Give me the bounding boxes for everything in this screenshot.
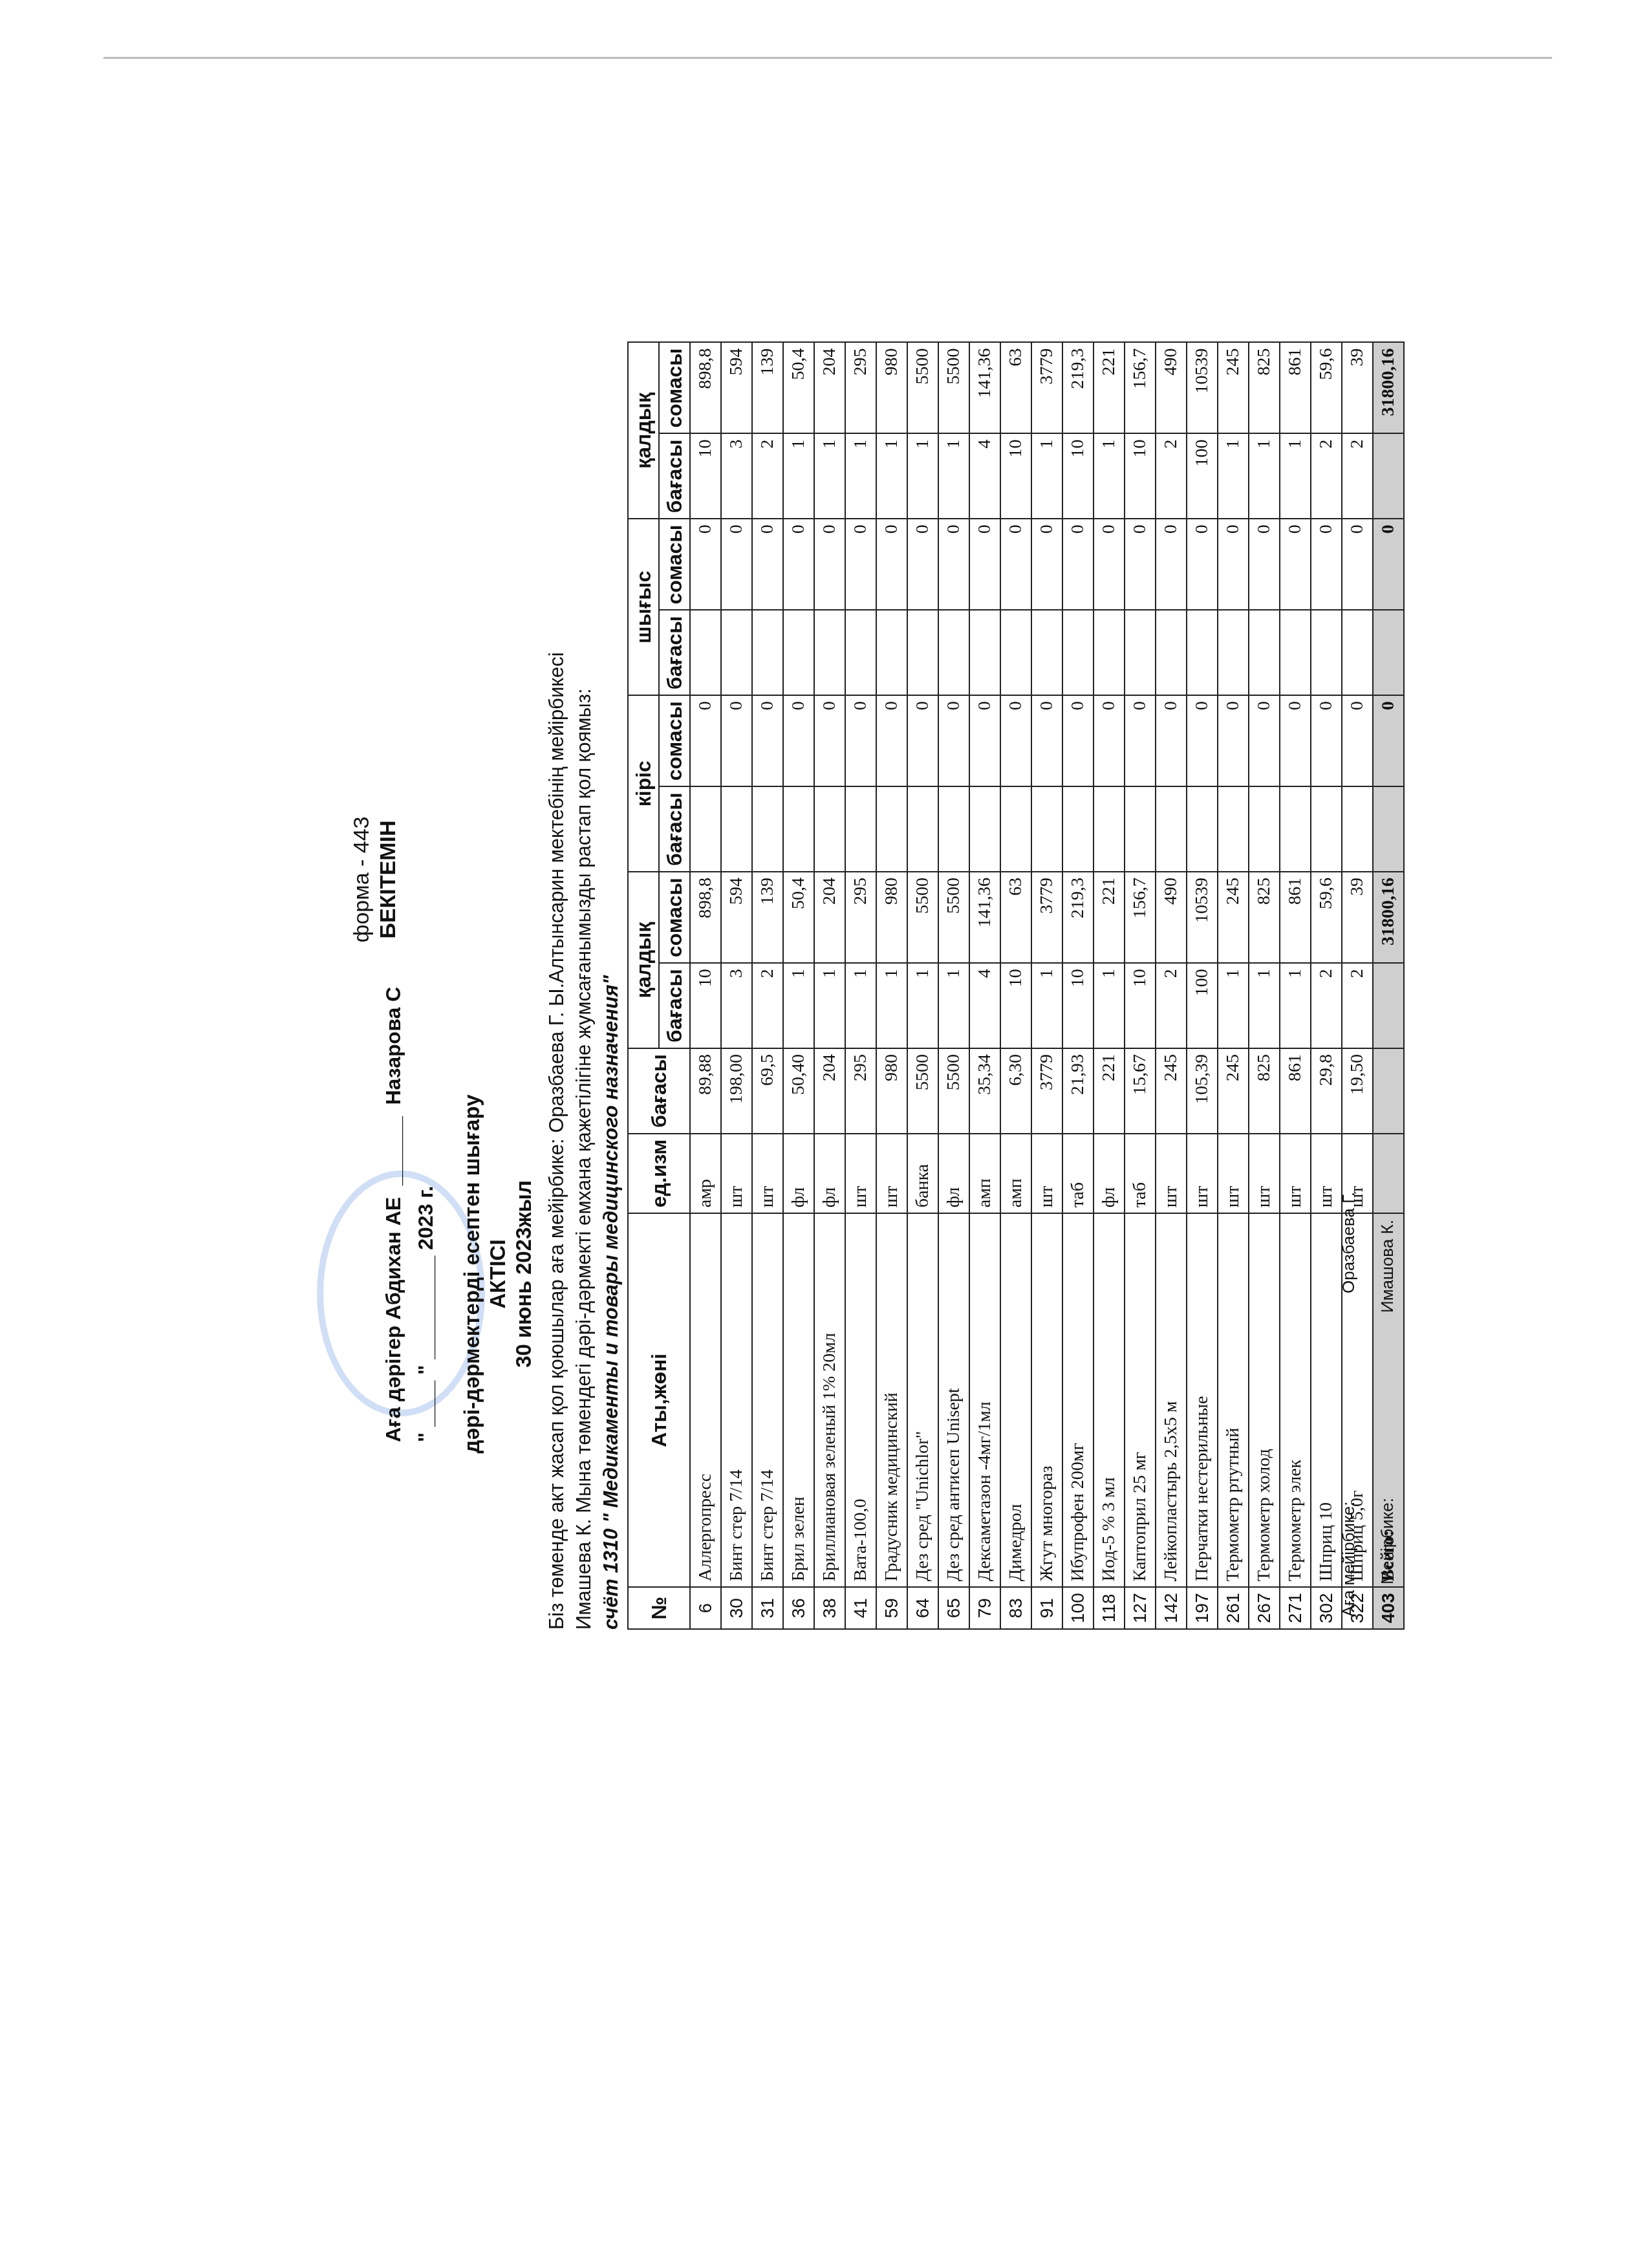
cell-value xyxy=(752,610,783,695)
cell-value: 1 xyxy=(938,963,969,1048)
cell-value: 2 xyxy=(752,963,783,1048)
cell-price: 204 xyxy=(814,1048,845,1134)
cell-value: 221 xyxy=(1094,342,1125,433)
cell-value: 0 xyxy=(876,695,907,786)
cell-number: 79 xyxy=(969,1587,1000,1629)
cell-value: 0 xyxy=(1156,695,1187,786)
cell-value: 141,36 xyxy=(969,342,1000,433)
sub-header: сомасы xyxy=(659,695,690,786)
cell-value xyxy=(1373,786,1404,872)
cell-value xyxy=(907,786,938,872)
cell-value xyxy=(1031,786,1062,872)
cell-value xyxy=(1000,610,1031,695)
cell-value xyxy=(1311,610,1342,695)
cell-value: 1 xyxy=(845,963,876,1048)
cell-name: Брил зелен xyxy=(783,1213,814,1587)
cell-value xyxy=(938,610,969,695)
cell-name: Бинт стер 7/14 xyxy=(721,1213,752,1587)
cell-price: 105,39 xyxy=(1187,1048,1218,1134)
cell-value: 0 xyxy=(938,519,969,610)
cell-value: 0 xyxy=(1342,695,1373,786)
cell-value xyxy=(1125,610,1156,695)
cell-value: 898,8 xyxy=(690,872,721,963)
cell-unit: фл xyxy=(814,1134,845,1213)
cell-value: 0 xyxy=(1187,695,1218,786)
table-row: 83Димедроламп6,301063001063 xyxy=(1000,342,1031,1629)
cell-value: 1 xyxy=(1094,963,1125,1048)
cell-value xyxy=(1187,786,1218,872)
cell-value xyxy=(938,786,969,872)
cell-value: 0 xyxy=(752,695,783,786)
cell-value: 245 xyxy=(1218,872,1249,963)
cell-value xyxy=(783,786,814,872)
cell-value: 490 xyxy=(1156,872,1187,963)
cell-value: 3779 xyxy=(1031,872,1062,963)
cell-name: Иод-5 % 3 мл xyxy=(1094,1213,1125,1587)
cell-unit: фл xyxy=(783,1134,814,1213)
cell-value xyxy=(1094,610,1125,695)
cell-price: 5500 xyxy=(907,1048,938,1134)
table-row: 302Шприц 10шт29,8259,600259,6 xyxy=(1311,342,1342,1629)
cell-value: 59,6 xyxy=(1311,342,1342,433)
total-row: 403Всего:31800,160031800,16 xyxy=(1373,342,1404,1629)
table-row: 322Шприц 5,0гшт19,5023900239 xyxy=(1342,342,1373,1629)
nurse-label: Мейірбике: xyxy=(1377,1498,1397,1584)
table-row: 31Бинт стер 7/14шт69,52139002139 xyxy=(752,342,783,1629)
cell-value: 1 xyxy=(845,433,876,519)
cell-value: 3 xyxy=(721,433,752,519)
cell-unit: шт xyxy=(1218,1134,1249,1213)
cell-value: 139 xyxy=(752,872,783,963)
table-row: 271Термометр элекшт8611861001861 xyxy=(1280,342,1311,1629)
sub-header: бағасы xyxy=(659,963,690,1048)
cell-price: 21,93 xyxy=(1062,1048,1094,1134)
cell-value: 1 xyxy=(1280,433,1311,519)
cell-value: 0 xyxy=(1187,519,1218,610)
cell-value: 2 xyxy=(1342,433,1373,519)
cell-number: 6 xyxy=(690,1587,721,1629)
cell-value: 2 xyxy=(1311,963,1342,1048)
cell-value: 0 xyxy=(969,695,1000,786)
cell-value: 0 xyxy=(1031,695,1062,786)
cell-number: 403 xyxy=(1373,1587,1404,1629)
cell-value: 0 xyxy=(845,519,876,610)
cell-unit: фл xyxy=(1094,1134,1125,1213)
cell-price: 6,30 xyxy=(1000,1048,1031,1134)
chief-doctor-name: Абдихан АЕ xyxy=(382,1197,405,1320)
cell-value: 861 xyxy=(1280,342,1311,433)
title-line-2: АКТІСІ xyxy=(485,1074,511,1474)
cell-unit: таб xyxy=(1125,1134,1156,1213)
table-row: 142Лейкопластырь 2,5х5 мшт2452490002490 xyxy=(1156,342,1187,1629)
cell-value: 0 xyxy=(876,519,907,610)
cell-price: 980 xyxy=(876,1048,907,1134)
cell-value xyxy=(1062,610,1094,695)
cell-value: 0 xyxy=(1311,519,1342,610)
cell-name: Термометр ртутный xyxy=(1218,1213,1249,1587)
cell-name: Жгут многораз xyxy=(1031,1213,1062,1587)
cell-value: 10539 xyxy=(1187,872,1218,963)
cell-value: 0 xyxy=(1311,695,1342,786)
cell-value xyxy=(1218,610,1249,695)
cell-number: 65 xyxy=(938,1587,969,1629)
cell-name: Ибупрофен 200мг xyxy=(1062,1213,1094,1587)
cell-value: 594 xyxy=(721,872,752,963)
cell-value: 5500 xyxy=(938,872,969,963)
cell-value: 100 xyxy=(1187,963,1218,1048)
cell-value: 980 xyxy=(876,872,907,963)
cell-number: 261 xyxy=(1218,1587,1249,1629)
cell-name: Лейкопластырь 2,5х5 м xyxy=(1156,1213,1187,1587)
cell-unit xyxy=(1373,1134,1404,1213)
cell-price: 69,5 xyxy=(752,1048,783,1134)
cell-unit: амп xyxy=(1000,1134,1031,1213)
cell-unit: фл xyxy=(938,1134,969,1213)
cell-value: 50,4 xyxy=(783,872,814,963)
cell-value: 0 xyxy=(783,695,814,786)
cell-value: 1 xyxy=(1249,433,1280,519)
cell-value: 50,4 xyxy=(783,342,814,433)
cell-name: Градусник медицинский xyxy=(876,1213,907,1587)
table-row: 59Градусник медицинскийшт9801980001980 xyxy=(876,342,907,1629)
cell-value: 861 xyxy=(1280,872,1311,963)
cell-value: 0 xyxy=(1031,519,1062,610)
title-line-3: 30 июнь 2023жыл xyxy=(511,1074,537,1474)
col-number: № xyxy=(628,1587,690,1629)
cell-value xyxy=(814,786,845,872)
cell-value xyxy=(1280,786,1311,872)
cell-name: Аллергопресс xyxy=(690,1213,721,1587)
cell-value: 5500 xyxy=(907,872,938,963)
cell-value: 0 xyxy=(1062,695,1094,786)
cell-number: 59 xyxy=(876,1587,907,1629)
cell-value: 2 xyxy=(1311,433,1342,519)
cell-number: 31 xyxy=(752,1587,783,1629)
cell-value: 295 xyxy=(845,342,876,433)
cell-value: 0 xyxy=(1280,519,1311,610)
cell-number: 267 xyxy=(1249,1587,1280,1629)
cell-number: 83 xyxy=(1000,1587,1031,1629)
chief-doctor-label: Аға дәрігер xyxy=(382,1326,405,1442)
cell-value: 4 xyxy=(969,433,1000,519)
sub-header: бағасы xyxy=(659,610,690,695)
cell-number: 118 xyxy=(1094,1587,1125,1629)
chief-doctor-line: Аға дәрігер Абдихан АЕ ______ Назарова С xyxy=(382,987,405,1442)
cell-value: 219,3 xyxy=(1062,872,1094,963)
cell-name: Каптоприл 25 мг xyxy=(1125,1213,1156,1587)
sub-header: бағасы xyxy=(659,786,690,872)
cell-value: 295 xyxy=(845,872,876,963)
cell-value: 0 xyxy=(721,519,752,610)
col-name: Аты,жөні xyxy=(628,1213,690,1587)
cell-value: 1 xyxy=(783,433,814,519)
cell-value: 10 xyxy=(690,433,721,519)
cell-value: 0 xyxy=(845,695,876,786)
table-row: 6Аллергопрессамр89,8810898,80010898,8 xyxy=(690,342,721,1629)
cell-value: 156,7 xyxy=(1125,872,1156,963)
cell-name: Бриллиановая зеленый 1% 20мл xyxy=(814,1213,845,1587)
cell-value xyxy=(1062,786,1094,872)
cell-value: 1 xyxy=(814,963,845,1048)
cell-name: Дексаметазон -4мг/1мл xyxy=(969,1213,1000,1587)
cell-value: 0 xyxy=(1342,519,1373,610)
cell-value xyxy=(1311,786,1342,872)
table-row: 65Дез сред антисеп Uniseptфл550015500001… xyxy=(938,342,969,1629)
cell-price: 861 xyxy=(1280,1048,1311,1134)
cell-name: Дез сред антисеп Unisept xyxy=(938,1213,969,1587)
cell-price: 5500 xyxy=(938,1048,969,1134)
cell-value: 0 xyxy=(907,519,938,610)
col-unit: ед.изм xyxy=(628,1134,690,1213)
sub-header: сомасы xyxy=(659,342,690,433)
cell-value xyxy=(1000,786,1031,872)
cell-value: 1 xyxy=(1031,433,1062,519)
cell-value: 1 xyxy=(814,433,845,519)
cell-value: 0 xyxy=(1000,519,1031,610)
cell-value: 0 xyxy=(1156,519,1187,610)
table-row: 38Бриллиановая зеленый 1% 20млфл20412040… xyxy=(814,342,845,1629)
cell-value: 245 xyxy=(1218,342,1249,433)
cell-value: 139 xyxy=(752,342,783,433)
cell-value: 0 xyxy=(1373,519,1404,610)
scan-edge-line xyxy=(103,57,1552,59)
cell-number: 302 xyxy=(1311,1587,1342,1629)
cell-value: 10 xyxy=(1062,433,1094,519)
table-row: 36Брил зеленфл50,40150,400150,4 xyxy=(783,342,814,1629)
cell-value: 0 xyxy=(1125,519,1156,610)
cell-value: 1 xyxy=(876,433,907,519)
approver-name: Назарова С xyxy=(382,987,405,1105)
cell-value: 1 xyxy=(1218,963,1249,1048)
cell-price: 198,00 xyxy=(721,1048,752,1134)
cell-value: 219,3 xyxy=(1062,342,1094,433)
account-line: счёт 1310 " Медикаменты и товары медицин… xyxy=(598,272,625,1630)
cell-value: 10 xyxy=(1062,963,1094,1048)
cell-value: 0 xyxy=(752,519,783,610)
cell-value xyxy=(876,786,907,872)
cell-value xyxy=(1031,610,1062,695)
cell-value xyxy=(1280,610,1311,695)
cell-value: 10 xyxy=(690,963,721,1048)
cell-value: 0 xyxy=(721,695,752,786)
cell-price: 35,34 xyxy=(969,1048,1000,1134)
cell-value: 0 xyxy=(1280,695,1311,786)
intro-text: Біз төменде акт жасап қол қоюшылар аға м… xyxy=(543,272,625,1630)
cell-value: 0 xyxy=(1249,519,1280,610)
cell-value xyxy=(783,610,814,695)
cell-name: Вата-100,0 xyxy=(845,1213,876,1587)
cell-value: 10 xyxy=(1125,433,1156,519)
group-expense: шығыс xyxy=(628,519,659,695)
cell-unit: шт xyxy=(845,1134,876,1213)
cell-value: 825 xyxy=(1249,342,1280,433)
cell-unit: амп xyxy=(969,1134,1000,1213)
cell-value xyxy=(1156,786,1187,872)
cell-value xyxy=(690,786,721,872)
cell-price xyxy=(1373,1048,1404,1134)
cell-value: 1 xyxy=(1249,963,1280,1048)
cell-number: 64 xyxy=(907,1587,938,1629)
cell-value xyxy=(1218,786,1249,872)
cell-name: Термометр элек xyxy=(1280,1213,1311,1587)
cell-value xyxy=(969,610,1000,695)
cell-name: Димедрол xyxy=(1000,1213,1031,1587)
cell-price: 295 xyxy=(845,1048,876,1134)
cell-value xyxy=(845,610,876,695)
cell-value: 2 xyxy=(1342,963,1373,1048)
cell-value: 2 xyxy=(1156,963,1187,1048)
cell-unit: шт xyxy=(1156,1134,1187,1213)
cell-value: 204 xyxy=(814,872,845,963)
cell-value xyxy=(690,610,721,695)
title-line-1: дәрі-дәрмектерді есептен шығару xyxy=(459,1074,485,1474)
date-line: " ____ " _________ 2023 г. xyxy=(414,1186,438,1442)
table-row: 41Вата-100,0шт2951295001295 xyxy=(845,342,876,1629)
cell-value: 1 xyxy=(1280,963,1311,1048)
cell-value: 0 xyxy=(690,695,721,786)
cell-value: 0 xyxy=(1094,519,1125,610)
cell-value: 221 xyxy=(1094,872,1125,963)
cell-value xyxy=(876,610,907,695)
cell-number: 100 xyxy=(1062,1587,1094,1629)
cell-name: Дез сред "Unichlor" xyxy=(907,1213,938,1587)
intro-line-2: Имашева К. Мына төмендегі дәрі-дәрмекті … xyxy=(570,272,598,1630)
cell-value: 204 xyxy=(814,342,845,433)
cell-value: 0 xyxy=(1218,695,1249,786)
col-price: бағасы xyxy=(628,1048,690,1134)
table-row: 64Дез сред "Unichlor"банка55001550000155… xyxy=(907,342,938,1629)
cell-value xyxy=(1373,610,1404,695)
cell-value xyxy=(1373,433,1404,519)
cell-unit: амр xyxy=(690,1134,721,1213)
cell-price: 19,50 xyxy=(1342,1048,1373,1134)
cell-value: 2 xyxy=(1156,433,1187,519)
cell-value: 0 xyxy=(814,695,845,786)
cell-price: 825 xyxy=(1249,1048,1280,1134)
cell-value: 141,36 xyxy=(969,872,1000,963)
cell-value: 0 xyxy=(783,519,814,610)
cell-value xyxy=(1125,786,1156,872)
cell-value xyxy=(1187,610,1218,695)
cell-number: 91 xyxy=(1031,1587,1062,1629)
cell-value: 10 xyxy=(1000,433,1031,519)
table-row: 267Термометр холодшт8251825001825 xyxy=(1249,342,1280,1629)
cell-value xyxy=(1249,786,1280,872)
cell-value: 10 xyxy=(1125,963,1156,1048)
cell-value: 490 xyxy=(1156,342,1187,433)
cell-value: 1 xyxy=(907,963,938,1048)
group-opening-balance: қалдық xyxy=(628,872,659,1048)
cell-number: 197 xyxy=(1187,1587,1218,1629)
cell-value: 156,7 xyxy=(1125,342,1156,433)
cell-value xyxy=(1094,786,1125,872)
cell-value: 1 xyxy=(907,433,938,519)
cell-number: 41 xyxy=(845,1587,876,1629)
table-row: 30Бинт стер 7/14шт198,003594003594 xyxy=(721,342,752,1629)
cell-value: 31800,16 xyxy=(1373,342,1404,433)
cell-value: 0 xyxy=(814,519,845,610)
cell-value: 39 xyxy=(1342,872,1373,963)
cell-value: 825 xyxy=(1249,872,1280,963)
group-header-row: № Аты,жөні ед.изм бағасы қалдық кіріс шы… xyxy=(628,342,659,1629)
nurse-name: Имашова К. xyxy=(1377,1220,1397,1313)
cell-value: 1 xyxy=(783,963,814,1048)
cell-value: 0 xyxy=(690,519,721,610)
rotated-document: форма - 443 БЕКІТЕМІН Аға дәрігер Абдиха… xyxy=(310,297,1410,2238)
cell-name: Шприц 10 xyxy=(1311,1213,1342,1587)
cell-value: 0 xyxy=(907,695,938,786)
cell-value xyxy=(1342,610,1373,695)
sub-header: сомасы xyxy=(659,872,690,963)
cell-unit: шт xyxy=(1187,1134,1218,1213)
cell-value: 0 xyxy=(1062,519,1094,610)
cell-number: 142 xyxy=(1156,1587,1187,1629)
cell-value: 10 xyxy=(1000,963,1031,1048)
table-body: 6Аллергопрессамр89,8810898,80010898,830Б… xyxy=(690,342,1404,1629)
cell-value: 5500 xyxy=(907,342,938,433)
cell-value: 3779 xyxy=(1031,342,1062,433)
cell-unit: шт xyxy=(876,1134,907,1213)
cell-value: 31800,16 xyxy=(1373,872,1404,963)
cell-value: 0 xyxy=(1373,695,1404,786)
table-row: 127Каптоприл 25 мгтаб15,6710156,70010156… xyxy=(1125,342,1156,1629)
cell-value xyxy=(721,786,752,872)
cell-value xyxy=(1342,786,1373,872)
cell-number: 36 xyxy=(783,1587,814,1629)
cell-unit: шт xyxy=(1280,1134,1311,1213)
cell-unit: шт xyxy=(721,1134,752,1213)
cell-value: 1 xyxy=(1218,433,1249,519)
cell-price: 221 xyxy=(1094,1048,1125,1134)
cell-number: 38 xyxy=(814,1587,845,1629)
cell-value: 100 xyxy=(1187,433,1218,519)
cell-value: 10539 xyxy=(1187,342,1218,433)
cell-value: 0 xyxy=(1000,695,1031,786)
table-row: 118Иод-5 % 3 млфл2211221001221 xyxy=(1094,342,1125,1629)
cell-value xyxy=(721,610,752,695)
group-income: кіріс xyxy=(628,695,659,872)
cell-value: 1 xyxy=(1031,963,1062,1048)
cell-value xyxy=(845,786,876,872)
cell-value: 0 xyxy=(1218,519,1249,610)
senior-nurse-label: Аға мейірбике: xyxy=(1339,1502,1359,1617)
cell-unit: шт xyxy=(752,1134,783,1213)
cell-value: 4 xyxy=(969,963,1000,1048)
cell-price: 245 xyxy=(1218,1048,1249,1134)
group-closing-balance: қалдық xyxy=(628,342,659,519)
cell-unit: таб xyxy=(1062,1134,1094,1213)
cell-value xyxy=(1373,963,1404,1048)
cell-value: 59,6 xyxy=(1311,872,1342,963)
cell-value xyxy=(1156,610,1187,695)
cell-name: Бинт стер 7/14 xyxy=(752,1213,783,1587)
senior-nurse-name: Оразбаева Г. xyxy=(1339,1192,1359,1293)
cell-unit: банка xyxy=(907,1134,938,1213)
cell-value: 980 xyxy=(876,342,907,433)
document-title: дәрі-дәрмектерді есептен шығару АКТІСІ 3… xyxy=(459,1074,537,1474)
cell-value: 0 xyxy=(1125,695,1156,786)
cell-number: 127 xyxy=(1125,1587,1156,1629)
cell-value: 1 xyxy=(938,433,969,519)
cell-value: 0 xyxy=(938,695,969,786)
cell-value: 1 xyxy=(876,963,907,1048)
intro-line-1: Біз төменде акт жасап қол қоюшылар аға м… xyxy=(543,272,570,1630)
cell-unit: шт xyxy=(1031,1134,1062,1213)
cell-value: 2 xyxy=(752,433,783,519)
cell-value: 39 xyxy=(1342,342,1373,433)
cell-name: Термометр холод xyxy=(1249,1213,1280,1587)
cell-value: 5500 xyxy=(938,342,969,433)
